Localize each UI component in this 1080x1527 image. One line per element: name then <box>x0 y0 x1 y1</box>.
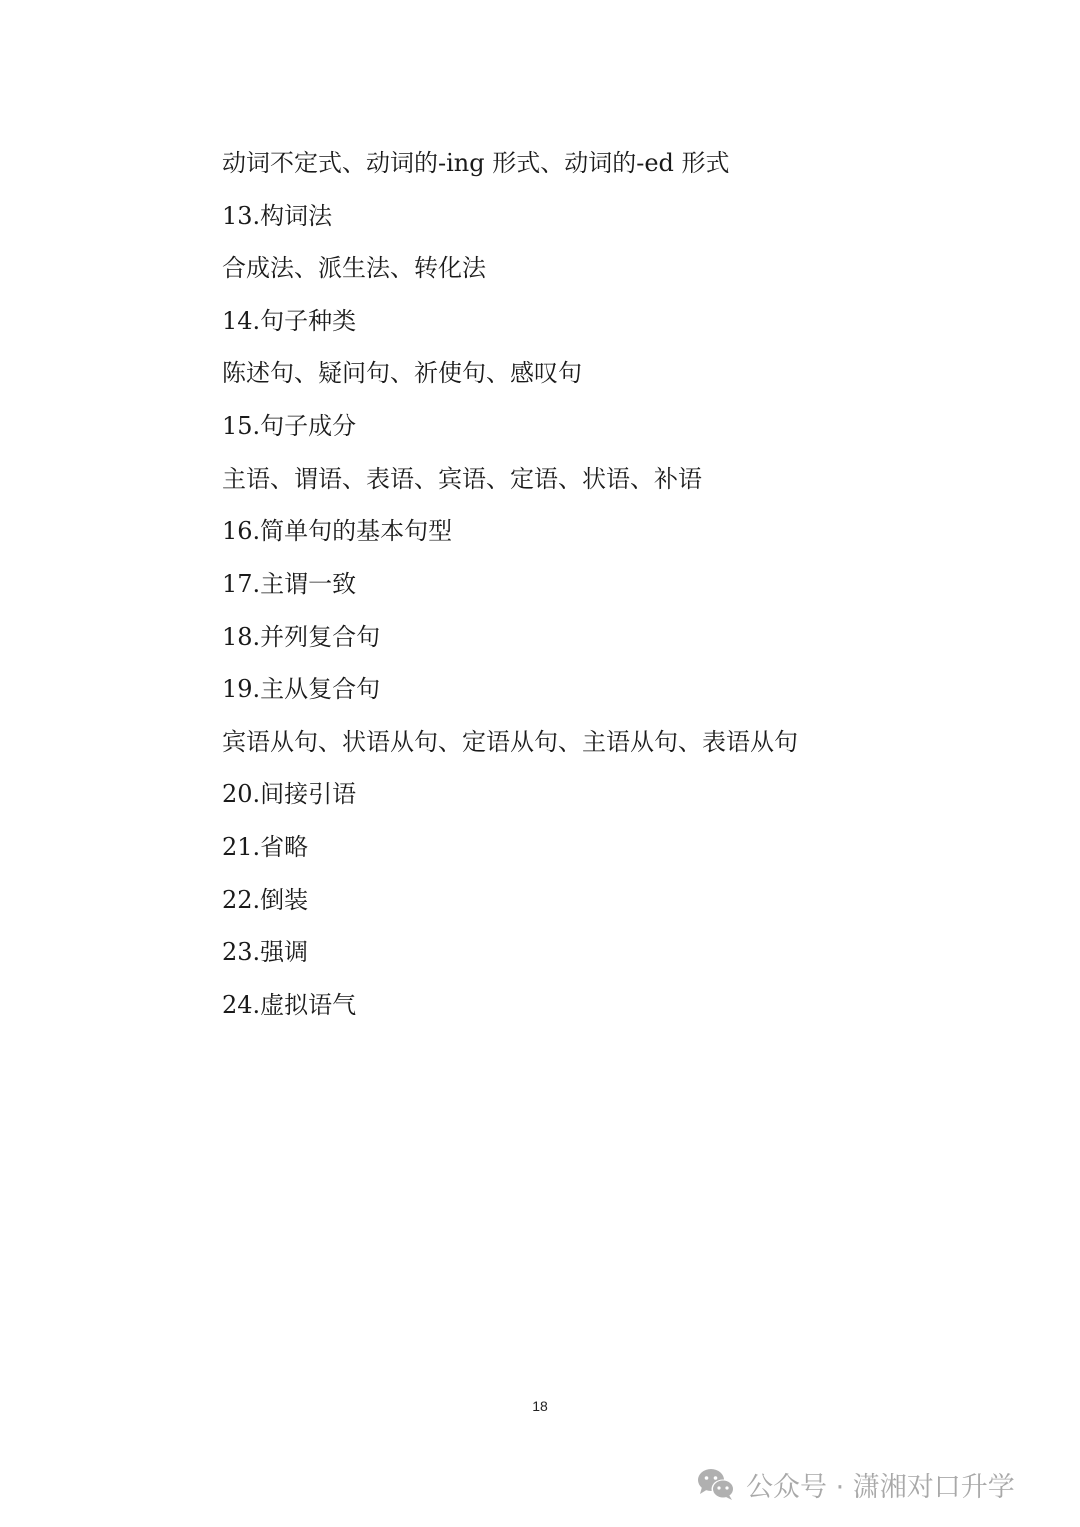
section-heading: 21.省略 <box>222 832 308 862</box>
section-heading: 24.虚拟语气 <box>222 990 356 1020</box>
section-content: 合成法、派生法、转化法 <box>222 253 486 283</box>
section-heading: 18.并列复合句 <box>222 622 380 652</box>
section-content: 动词不定式、动词的-ing 形式、动词的-ed 形式 <box>222 148 730 178</box>
section-content: 陈述句、疑问句、祈使句、感叹句 <box>222 358 582 388</box>
section-heading: 14.句子种类 <box>222 306 356 336</box>
wechat-icon <box>696 1467 736 1501</box>
document-page: 动词不定式、动词的-ing 形式、动词的-ed 形式13.构词法合成法、派生法、… <box>0 0 1080 1527</box>
section-heading: 22.倒装 <box>222 885 308 915</box>
section-content: 宾语从句、状语从句、定语从句、主语从句、表语从句 <box>222 727 798 757</box>
section-heading: 17.主谓一致 <box>222 569 356 599</box>
section-heading: 20.间接引语 <box>222 779 356 809</box>
watermark: 公众号 · 潇湘对口升学 <box>696 1462 1015 1506</box>
watermark-text: 公众号 · 潇湘对口升学 <box>746 1465 1015 1504</box>
section-heading: 16.简单句的基本句型 <box>222 516 452 546</box>
section-heading: 15.句子成分 <box>222 411 356 441</box>
section-heading: 23.强调 <box>222 937 308 967</box>
page-number: 18 <box>0 1398 1080 1414</box>
section-heading: 13.构词法 <box>222 201 332 231</box>
section-content: 主语、谓语、表语、宾语、定语、状语、补语 <box>222 464 702 494</box>
section-heading: 19.主从复合句 <box>222 674 380 704</box>
